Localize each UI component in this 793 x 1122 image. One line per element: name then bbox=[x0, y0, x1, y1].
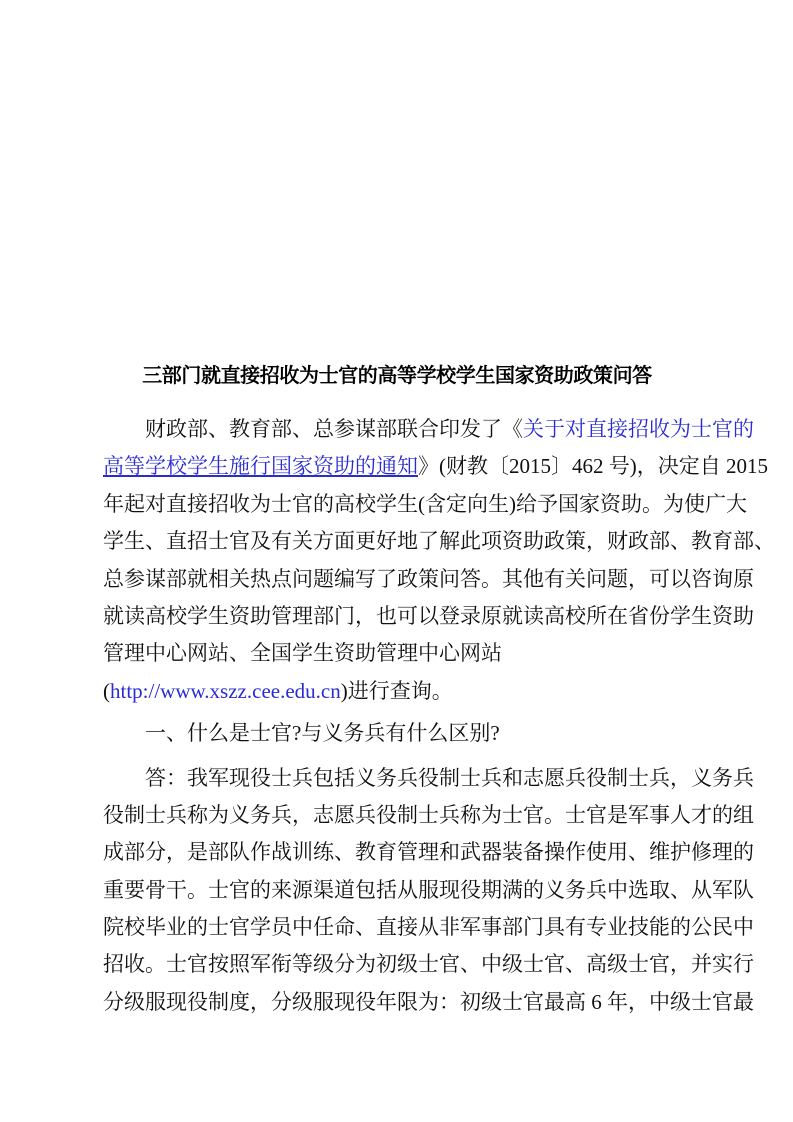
text-segment: 一、什么是士官?与义务兵有什么区别? bbox=[145, 721, 500, 745]
paragraph-block: 财政部、教育部、总参谋部联合印发了《关于对直接招收为士官的高等学校学生施行国家资… bbox=[103, 411, 691, 710]
text-segment: 成部分，是部队作战训练、教育管理和武器装备操作使用、维护修理的 bbox=[103, 840, 754, 864]
heading-block: 一、什么是士官?与义务兵有什么区别? bbox=[103, 715, 691, 752]
text-line: 财政部、教育部、总参谋部联合印发了《关于对直接招收为士官的 bbox=[103, 411, 691, 448]
text-segment: )进行查询。 bbox=[341, 679, 453, 703]
text-line: 管理中心网站、全国学生资助管理中心网站 bbox=[103, 635, 691, 672]
text-line: 年起对直接招收为士官的高校学生(含定向生)给予国家资助。为使广大 bbox=[103, 486, 691, 523]
text-segment: 院校毕业的士官学员中任命、直接从非军事部门具有专业技能的公民中 bbox=[103, 915, 754, 939]
document-blocks: 财政部、教育部、总参谋部联合印发了《关于对直接招收为士官的高等学校学生施行国家资… bbox=[103, 411, 691, 1021]
text-segment: 就读高校学生资助管理部门，也可以登录原就读高校所在省份学生资助 bbox=[103, 604, 754, 628]
text-segment: 分级服现役制度，分级服现役年限为：初级士官最高 6 年，中级士官最 bbox=[103, 990, 754, 1014]
text-line: 院校毕业的士官学员中任命、直接从非军事部门具有专业技能的公民中 bbox=[103, 909, 691, 946]
text-line: 总参谋部就相关热点问题编写了政策问答。其他有关问题，可以咨询原 bbox=[103, 561, 691, 598]
text-segment: 重要骨干。士官的来源渠道包括从服现役期满的义务兵中选取、从军队 bbox=[103, 878, 754, 902]
text-line: 学生、直招士官及有关方面更好地了解此项资助政策，财政部、教育部、 bbox=[103, 523, 691, 560]
text-line: 一、什么是士官?与义务兵有什么区别? bbox=[103, 715, 691, 752]
text-segment: 总参谋部就相关热点问题编写了政策问答。其他有关问题，可以咨询原 bbox=[103, 567, 754, 591]
paragraph-block: 答：我军现役士兵包括义务兵役制士兵和志愿兵役制士兵，义务兵役制士兵称为义务兵，志… bbox=[103, 760, 691, 1022]
text-line: 就读高校学生资助管理部门，也可以登录原就读高校所在省份学生资助 bbox=[103, 598, 691, 635]
text-line: 重要骨干。士官的来源渠道包括从服现役期满的义务兵中选取、从军队 bbox=[103, 872, 691, 909]
text-segment: 财政部、教育部、总参谋部联合印发了《 bbox=[145, 417, 523, 441]
notice-title-link[interactable]: 高等学校学生施行国家资助的通知 bbox=[103, 454, 418, 478]
text-line: 役制士兵称为义务兵，志愿兵役制士兵称为士官。士官是军事人才的组 bbox=[103, 797, 691, 834]
text-line: 高等学校学生施行国家资助的通知》(财教〔2015〕462 号)，决定自 2015 bbox=[103, 448, 691, 485]
website-url-link[interactable]: http://www.xszz.cee.edu.cn bbox=[110, 679, 341, 703]
text-segment: 役制士兵称为义务兵，志愿兵役制士兵称为士官。士官是军事人才的组 bbox=[103, 803, 754, 827]
text-segment: 》(财教〔2015〕462 号)，决定自 2015 bbox=[418, 454, 768, 478]
text-segment: 招收。士官按照军衔等级分为初级士官、中级士官、高级士官，并实行 bbox=[103, 952, 754, 976]
document-page: 三部门就直接招收为士官的高等学校学生国家资助政策问答 财政部、教育部、总参谋部联… bbox=[0, 0, 793, 1122]
text-line: 成部分，是部队作战训练、教育管理和武器装备操作使用、维护修理的 bbox=[103, 834, 691, 871]
text-line: 答：我军现役士兵包括义务兵役制士兵和志愿兵役制士兵，义务兵 bbox=[103, 760, 691, 797]
text-segment: 答：我军现役士兵包括义务兵役制士兵和志愿兵役制士兵，义务兵 bbox=[145, 766, 754, 790]
text-segment: 学生、直招士官及有关方面更好地了解此项资助政策，财政部、教育部、 bbox=[103, 529, 775, 553]
text-segment: 管理中心网站、全国学生资助管理中心网站 bbox=[103, 641, 502, 665]
text-segment: 年起对直接招收为士官的高校学生(含定向生)给予国家资助。为使广大 bbox=[103, 492, 747, 516]
notice-title-link[interactable]: 关于对直接招收为士官的 bbox=[523, 417, 754, 441]
document-content: 三部门就直接招收为士官的高等学校学生国家资助政策问答 财政部、教育部、总参谋部联… bbox=[103, 358, 691, 1021]
text-line: 分级服现役制度，分级服现役年限为：初级士官最高 6 年，中级士官最 bbox=[103, 984, 691, 1021]
text-segment: ( bbox=[103, 679, 110, 703]
text-line: 招收。士官按照军衔等级分为初级士官、中级士官、高级士官，并实行 bbox=[103, 946, 691, 983]
document-title: 三部门就直接招收为士官的高等学校学生国家资助政策问答 bbox=[103, 358, 691, 395]
text-line: (http://www.xszz.cee.edu.cn)进行查询。 bbox=[103, 673, 691, 710]
